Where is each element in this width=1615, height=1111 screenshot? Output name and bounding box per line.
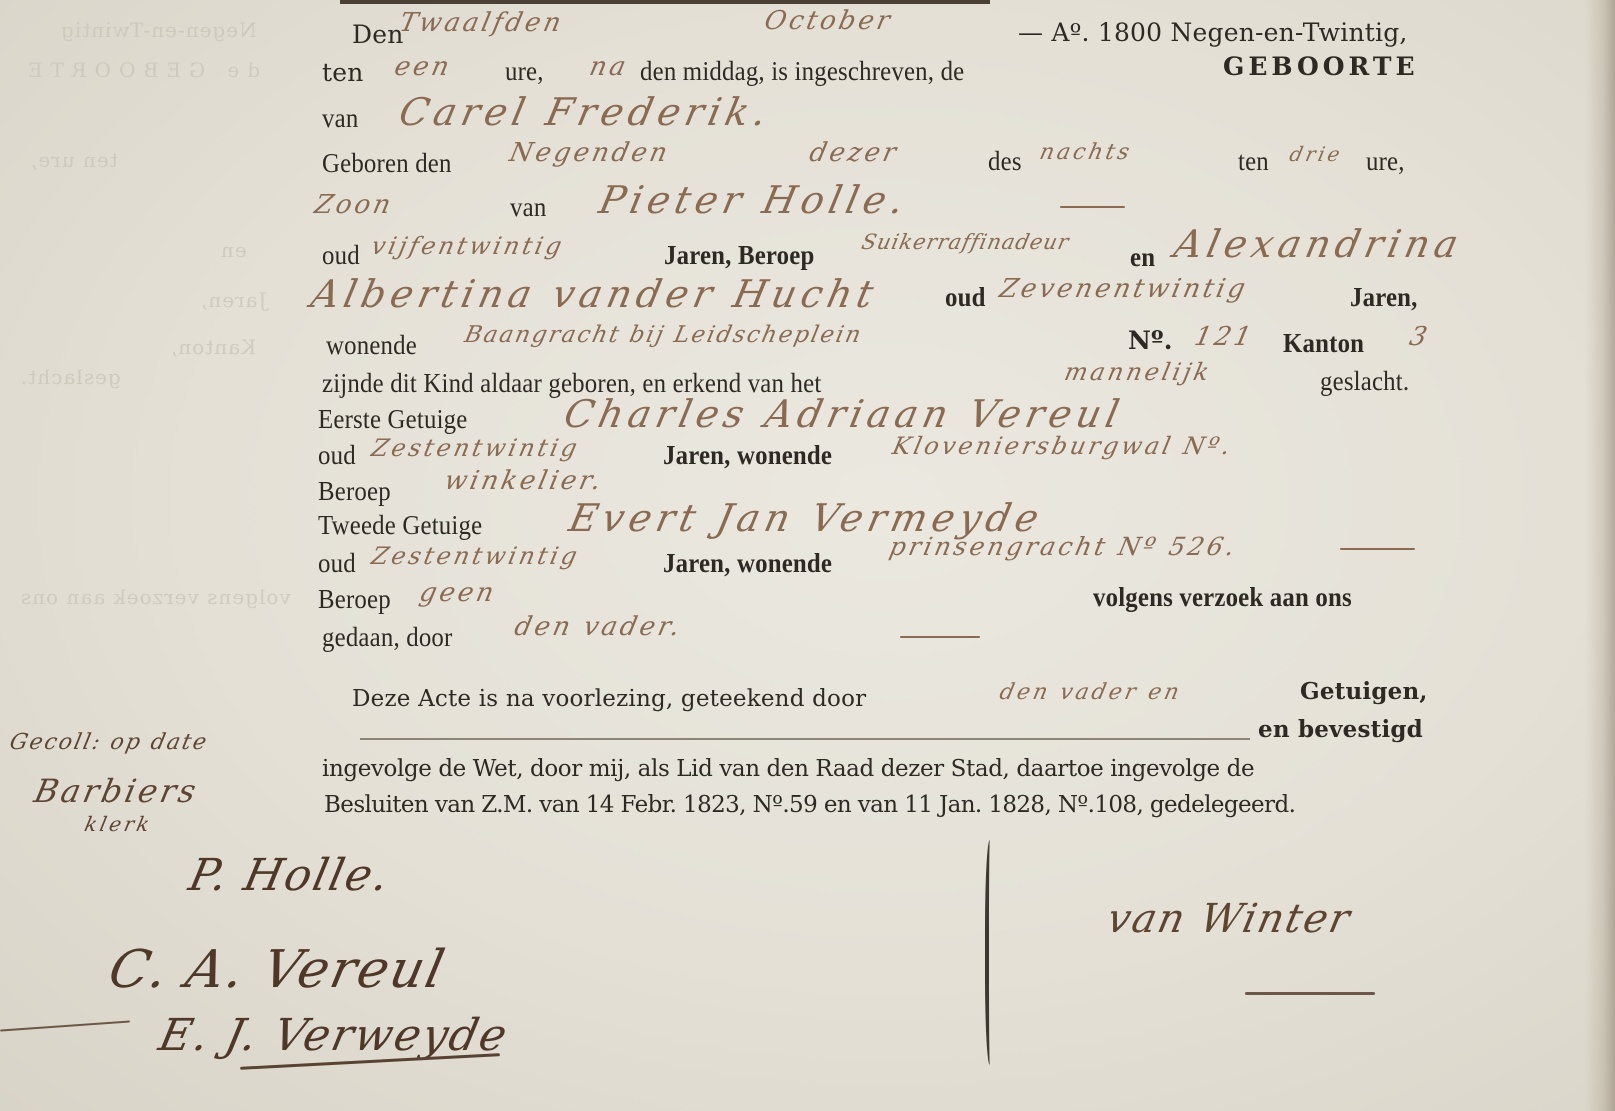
handwritten-witness1-name: Charles Adriaan Vereul: [560, 392, 1128, 436]
printed-en-bevestigd: en bevestigd: [1258, 716, 1423, 743]
handwritten-hour: een: [392, 52, 455, 82]
printed-ure: ure,: [505, 56, 544, 87]
printed-tweede-getuige: Tweede Getuige: [318, 510, 482, 541]
ghost-text: ten ure,: [30, 148, 118, 172]
filler-stroke: [1340, 548, 1415, 550]
handwritten-mother-age: Zevenentwintig: [997, 274, 1251, 304]
printed-gedaan-door: gedaan, door: [322, 622, 452, 653]
ghost-text: en: [220, 238, 247, 262]
printed-middag: den middag, is ingeschreven, de: [640, 56, 964, 87]
printed-en: en: [1130, 242, 1155, 273]
handwritten-birth-hour: drie: [1287, 142, 1345, 166]
printed-wonende: wonende: [326, 330, 417, 361]
printed-ten: ten: [322, 58, 364, 87]
printed-geslacht: geslacht.: [1320, 366, 1409, 397]
signature-witness2: E. J. Verweyde: [155, 1010, 514, 1061]
handwritten-father-name: Pieter Holle.: [595, 178, 912, 222]
printed-van: van: [510, 192, 546, 223]
printed-volgens-verzoek: volgens verzoek aan ons: [1093, 582, 1352, 613]
top-border-rule: [340, 0, 990, 4]
printed-no: Nº.: [1128, 326, 1173, 355]
signature-witness1: C. A. Vereul: [104, 940, 452, 1000]
margin-note-clerk-name: Barbiers: [31, 772, 202, 810]
printed-oud: oud: [322, 240, 360, 271]
printed-jaren-wonende: Jaren, wonende: [663, 440, 832, 471]
printed-geboren-den: Geboren den: [322, 148, 452, 179]
ghost-text: geslacht.: [20, 365, 121, 389]
handwritten-month: October: [762, 6, 896, 36]
printed-jaren-beroep: Jaren, Beroep: [664, 240, 815, 271]
printed-van: van: [322, 103, 358, 134]
signature-rule: [360, 738, 1250, 740]
ghost-text: volgens verzoek aan ons: [20, 585, 291, 609]
printed-besluiten: Besluiten van Z.M. van 14 Febr. 1823, Nº…: [324, 792, 1295, 818]
printed-oud: oud: [945, 282, 986, 313]
handwritten-witness1-address: Kloveniersburgwal Nº.: [890, 432, 1236, 460]
handwritten-witness1-occupation: winkelier.: [442, 466, 607, 496]
handwritten-kanton-number: 3: [1407, 322, 1433, 352]
handwritten-child-name: Carel Frederik.: [395, 90, 775, 134]
printed-des: des: [988, 146, 1022, 177]
printed-ure: ure,: [1366, 146, 1405, 177]
signature-brace: [985, 840, 997, 1065]
printed-geboorte: GEBOORTE: [1223, 52, 1419, 81]
printed-jaren-wonende: Jaren, wonende: [663, 548, 832, 579]
printed-beroep: Beroep: [318, 476, 391, 507]
printed-ingevolge-de-wet: ingevolge de Wet, door mij, als Lid van …: [322, 756, 1254, 782]
printed-oud: oud: [318, 548, 356, 579]
printed-jaren: Jaren,: [1350, 282, 1418, 313]
printed-eerste-getuige: Eerste Getuige: [318, 404, 467, 435]
signature-flourish: [0, 1020, 130, 1031]
printed-getuigen: Getuigen,: [1300, 678, 1428, 705]
printed-year: — Aº. 1800 Negen-en-Twintig,: [1018, 18, 1408, 47]
handwritten-signed-by: den vader en: [997, 680, 1184, 705]
handwritten-dezer: dezer: [807, 138, 902, 168]
handwritten-zoon: Zoon: [312, 190, 397, 220]
handwritten-witness2-address: prinsengracht Nº 526.: [887, 532, 1240, 561]
handwritten-na: na: [587, 52, 632, 82]
handwritten-witness1-age: Zestentwintig: [369, 434, 582, 462]
handwritten-address: Baangracht bij Leidscheplein: [462, 322, 865, 348]
signature-official: van Winter: [1103, 896, 1356, 942]
printed-ten: ten: [1238, 146, 1269, 177]
handwritten-mother-firstname: Alexandrina: [1170, 222, 1467, 266]
signature-official-underline: [1245, 992, 1375, 995]
handwritten-birth-day: Negenden: [507, 138, 673, 168]
margin-note-collated: Gecoll: op date: [7, 730, 210, 755]
printed-kanton: Kanton: [1283, 328, 1364, 359]
printed-den: Den: [352, 20, 404, 49]
printed-beroep: Beroep: [318, 584, 391, 615]
signature-father: P. Holle.: [185, 850, 396, 901]
ghost-text: Negen-en-Twintig: [60, 18, 257, 42]
handwritten-mother-name: Albertina vander Hucht: [307, 272, 882, 316]
book-spine-shadow: [1585, 0, 1615, 1111]
handwritten-father-occupation: Suikerraffinadeur: [859, 230, 1071, 254]
handwritten-witness2-occupation: geen: [417, 578, 500, 608]
handwritten-house-number: 121: [1192, 322, 1257, 352]
filler-stroke: [1060, 206, 1125, 208]
handwritten-witness2-age: Zestentwintig: [369, 542, 582, 570]
ghost-text: de GEBOORTE: [20, 58, 260, 82]
ghost-text: Jaren,: [200, 288, 267, 312]
filler-stroke: [900, 636, 980, 638]
handwritten-declarant: den vader.: [512, 612, 685, 642]
document-page: Negen-en-Twintig de GEBOORTE ten ure, en…: [0, 0, 1615, 1111]
ghost-text: Kanton,: [170, 335, 256, 359]
printed-oud: oud: [318, 440, 356, 471]
printed-deze-acte: Deze Acte is na voorlezing, geteekend do…: [352, 686, 866, 712]
handwritten-sex: mannelijk: [1062, 358, 1214, 386]
handwritten-nachts: nachts: [1037, 140, 1134, 165]
handwritten-day: Twaalfden: [397, 8, 567, 38]
handwritten-father-age: vijfentwintig: [369, 232, 567, 260]
margin-note-clerk-title: klerk: [82, 812, 154, 836]
